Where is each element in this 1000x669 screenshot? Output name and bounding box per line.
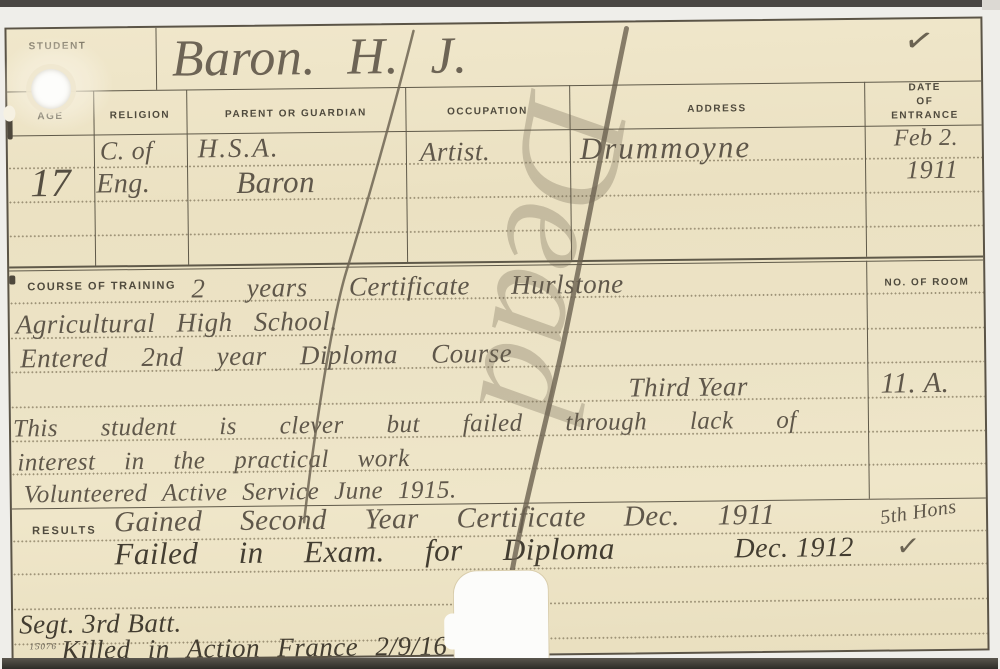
no-of-room-label: NO. OF ROOM	[866, 276, 987, 288]
occupation-value: Artist.	[420, 136, 491, 168]
name-row-divider	[7, 80, 981, 92]
scan-top-edge	[0, 0, 982, 7]
header-address: ADDRESS	[569, 102, 864, 116]
parent-value-2: Baron	[236, 164, 315, 201]
course-line-4: Third Year	[628, 371, 748, 403]
header-parent: PARENT OR GUARDIAN	[186, 107, 405, 120]
dotted-rule	[8, 156, 982, 169]
edge-mark	[9, 275, 15, 284]
check-mark-results: ✓	[895, 528, 921, 563]
room-value: 11. A.	[880, 367, 949, 401]
torn-notch-lobe	[444, 613, 462, 649]
entrance-date-2: 1911	[906, 155, 958, 186]
results-line-2-date: Dec. 1912	[734, 532, 854, 565]
religion-value-1: C. of	[100, 136, 153, 167]
course-line-3: Entered 2nd year Diploma Course	[20, 338, 512, 375]
student-name-divider	[155, 28, 157, 90]
scan-top-corner	[982, 0, 1000, 10]
parent-value-1: H.S.A.	[198, 132, 280, 164]
student-name: Baron. H. J.	[171, 26, 467, 88]
results-honours: 5th Hons	[879, 496, 958, 530]
scan-bottom-edge	[2, 658, 998, 669]
header-row-divider	[8, 124, 982, 136]
note-line-1: This student is clever but failed throug…	[13, 407, 797, 444]
header-religion: RELIGION	[93, 110, 186, 122]
punch-hole	[31, 69, 71, 109]
serial-number: 15076	[29, 641, 57, 651]
note-line-2: interest in the practical work	[17, 445, 410, 477]
column-divider	[864, 82, 867, 257]
address-value: Drummoyne	[580, 129, 752, 167]
record-card: STUDENT AGE RELIGION PARENT OR GUARDIAN …	[4, 16, 989, 661]
course-of-training-label: COURSE OF TRAINING	[27, 280, 176, 294]
dotted-rule	[8, 190, 982, 203]
religion-value-2: Eng.	[96, 168, 150, 201]
check-mark-top: ✓	[900, 18, 937, 63]
results-label: RESULTS	[32, 525, 97, 538]
results-line-2: Failed in Exam. for Diploma	[114, 531, 615, 573]
age-value: 17	[30, 159, 72, 206]
edge-nick	[3, 105, 15, 121]
dotted-rule	[9, 224, 983, 237]
course-line-2: Agricultural High School.	[16, 306, 338, 341]
torn-notch	[453, 569, 550, 667]
header-occupation: OCCUPATION	[405, 105, 569, 118]
entrance-date-1: Feb 2.	[894, 125, 959, 153]
dotted-rule	[11, 395, 985, 408]
scanned-record-card: STUDENT AGE RELIGION PARENT OR GUARDIAN …	[0, 0, 1000, 669]
header-date-of-entrance: DATE OF ENTRANCE	[869, 81, 980, 124]
course-line-1: 2 years Certificate Hurlstone	[191, 269, 624, 305]
